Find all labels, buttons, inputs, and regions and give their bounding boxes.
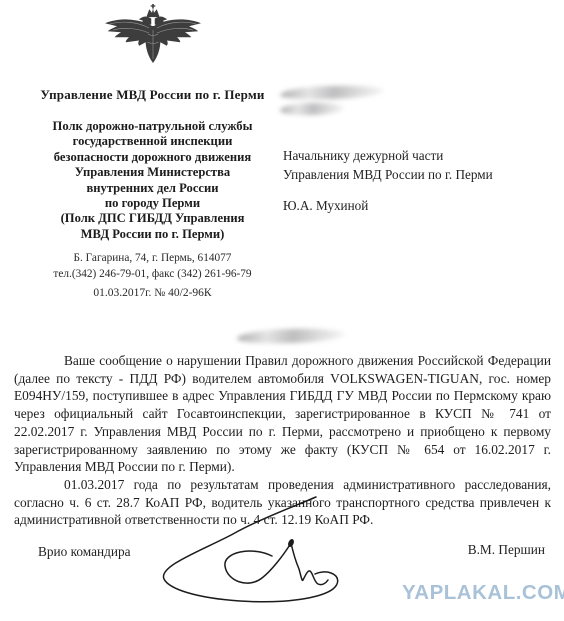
unit-line: (Полк ДПС ГИБДД Управления [10, 211, 295, 226]
sender-title: Управление МВД России по г. Перми [10, 87, 295, 103]
recipient-line: Управления МВД России по г. Перми [283, 166, 493, 185]
unit-line: безопасности дорожного движения [10, 150, 295, 165]
sender-phone: тел.(342) 246-79-01, факс (342) 261-96-7… [10, 267, 295, 283]
redaction-smudge-icon [280, 102, 344, 116]
unit-line: по городу Перми [10, 196, 295, 211]
sender-address-block: Б. Гагарина, 74, г. Пермь, 614077 тел.(3… [10, 251, 295, 282]
sender-unit-block: Полк дорожно-патрульной службы государст… [10, 119, 295, 242]
signer-position-title: Врио командира [38, 544, 131, 560]
outgoing-ref-number: 01.03.2017г. № 40/2-96К [10, 287, 295, 299]
body-paragraph: Ваше сообщение о нарушении Правил дорожн… [14, 352, 551, 476]
recipient-name: Ю.А. Мухиной [283, 197, 493, 216]
redaction-smudge-icon [280, 84, 384, 101]
sender-address: Б. Гагарина, 74, г. Пермь, 614077 [10, 251, 295, 267]
recipient-line: Начальнику дежурной части [283, 147, 493, 166]
unit-line: Управления Министерства [10, 165, 295, 180]
signer-name: В.М. Першин [468, 542, 545, 558]
scanned-letter-page: Управление МВД России по г. Перми Полк д… [0, 0, 564, 621]
letterhead-sender-block: Управление МВД России по г. Перми Полк д… [10, 4, 295, 299]
unit-line: Полк дорожно-патрульной службы [10, 119, 295, 134]
yaplakal-watermark: YAPLAKAL.COM [402, 581, 564, 605]
body-paragraph: 01.03.2017 года по результатам проведени… [14, 476, 551, 529]
recipient-block: Начальнику дежурной части Управления МВД… [283, 147, 493, 216]
unit-line: внутренних дел России [10, 181, 295, 196]
letter-body: Ваше сообщение о нарушении Правил дорожн… [14, 352, 551, 529]
unit-line: МВД России по г. Перми) [10, 227, 295, 242]
mvd-eagle-emblem-icon [103, 4, 203, 72]
unit-line: государственной инспекции [10, 134, 295, 149]
redaction-smudge-icon [237, 327, 345, 345]
